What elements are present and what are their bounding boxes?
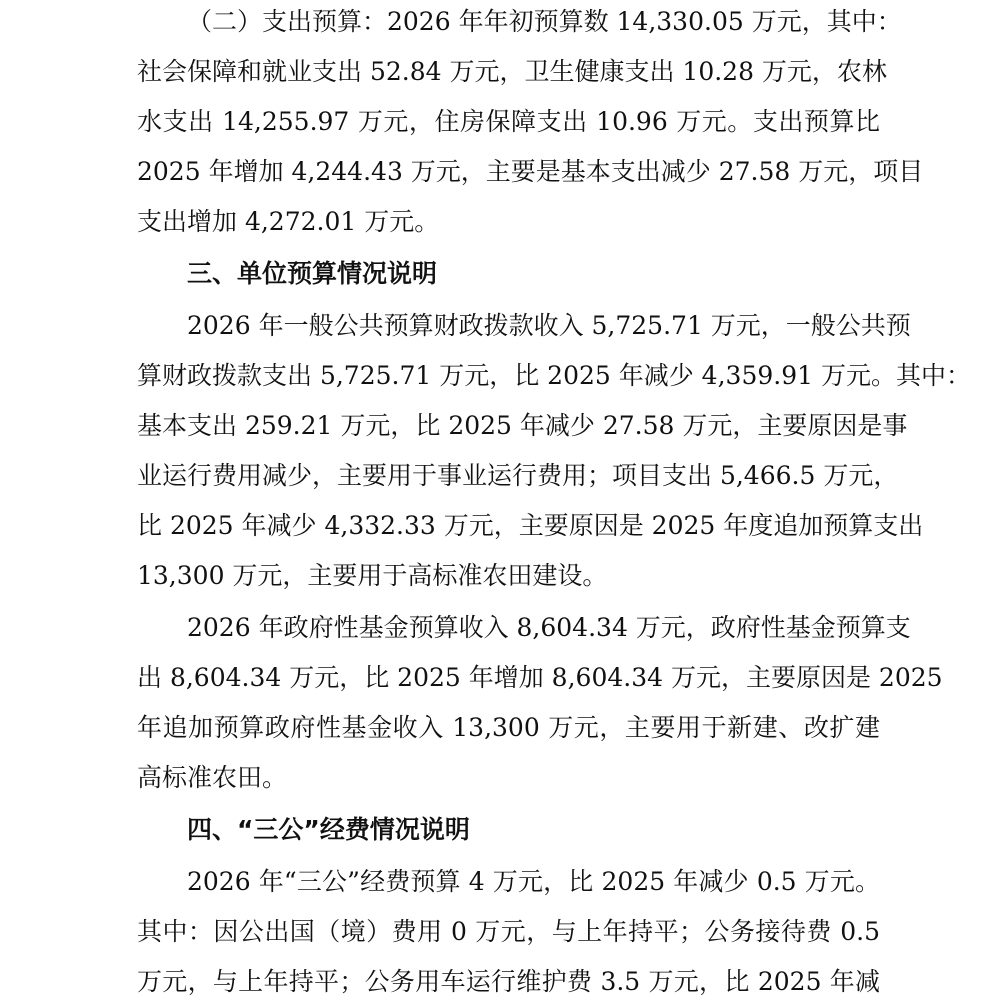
text-line: 算财政拨款支出 5,725.71 万元，比 2025 年减少 4,359.91 …: [137, 351, 880, 401]
text-line: 高标准农田。: [137, 753, 880, 803]
text-line: 万元，与上年持平；公务用车运行维护费 3.5 万元，比 2025 年减: [137, 957, 880, 1003]
text-line: 2026 年政府性基金预算收入 8,604.34 万元，政府性基金预算支: [187, 603, 880, 653]
text-line: 水支出 14,255.97 万元，住房保障支出 10.96 万元。支出预算比: [137, 97, 880, 147]
text-line: 支出增加 4,272.01 万元。: [137, 197, 880, 247]
text-line: 2026 年“三公”经费预算 4 万元，比 2025 年减少 0.5 万元。: [187, 857, 880, 907]
text-line: 2026 年一般公共预算财政拨款收入 5,725.71 万元，一般公共预: [187, 301, 880, 351]
section-heading-three-public-expenses: 四、“三公”经费情况说明: [187, 805, 880, 855]
text-line: （二）支出预算：2026 年年初预算数 14,330.05 万元，其中：: [187, 0, 880, 47]
text-line: 其中：因公出国（境）费用 0 万元，与上年持平；公务接待费 0.5: [137, 907, 880, 957]
text-line: 比 2025 年减少 4,332.33 万元，主要原因是 2025 年度追加预算…: [137, 501, 880, 551]
text-line: 业运行费用减少，主要用于事业运行费用；项目支出 5,466.5 万元，: [137, 451, 880, 501]
text-line: 基本支出 259.21 万元，比 2025 年减少 27.58 万元，主要原因是…: [137, 401, 880, 451]
section-heading-unit-budget: 三、单位预算情况说明: [187, 249, 880, 299]
text-line: 2025 年增加 4,244.43 万元，主要是基本支出减少 27.58 万元，…: [137, 147, 880, 197]
text-line: 出 8,604.34 万元，比 2025 年增加 8,604.34 万元，主要原…: [137, 653, 880, 703]
text-line: 年追加预算政府性基金收入 13,300 万元，主要用于新建、改扩建: [137, 703, 880, 753]
text-line: 社会保障和就业支出 52.84 万元，卫生健康支出 10.28 万元，农林: [137, 47, 880, 97]
text-line: 13,300 万元，主要用于高标准农田建设。: [137, 551, 880, 601]
